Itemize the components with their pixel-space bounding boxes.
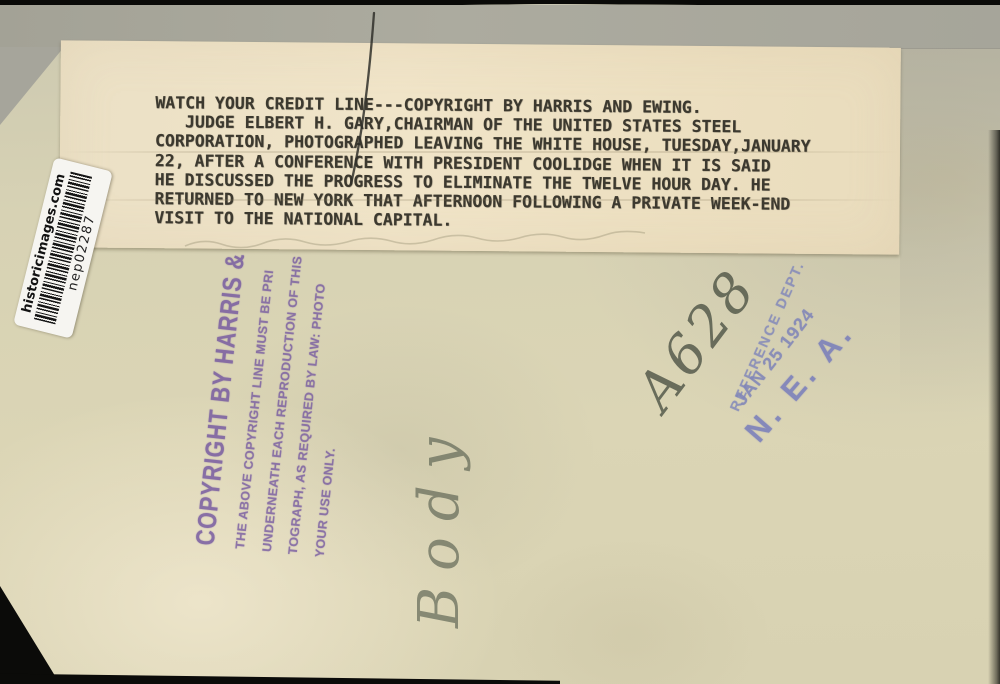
typed-caption-text: WATCH YOUR CREDIT LINE---COPYRIGHT BY HA… xyxy=(154,93,811,233)
handwritten-pencil-note: Body xyxy=(407,308,493,628)
typed-caption-label: WATCH YOUR CREDIT LINE---COPYRIGHT BY HA… xyxy=(59,40,901,254)
paper-gray-right-margin xyxy=(900,48,1000,478)
label-crease-line xyxy=(60,151,900,153)
photo-back-scan: COPYRIGHT BY HARRIS & EWI THE ABOVE COPY… xyxy=(0,0,1000,684)
right-edge-shadow xyxy=(988,130,1000,684)
label-crease-line xyxy=(60,199,900,201)
